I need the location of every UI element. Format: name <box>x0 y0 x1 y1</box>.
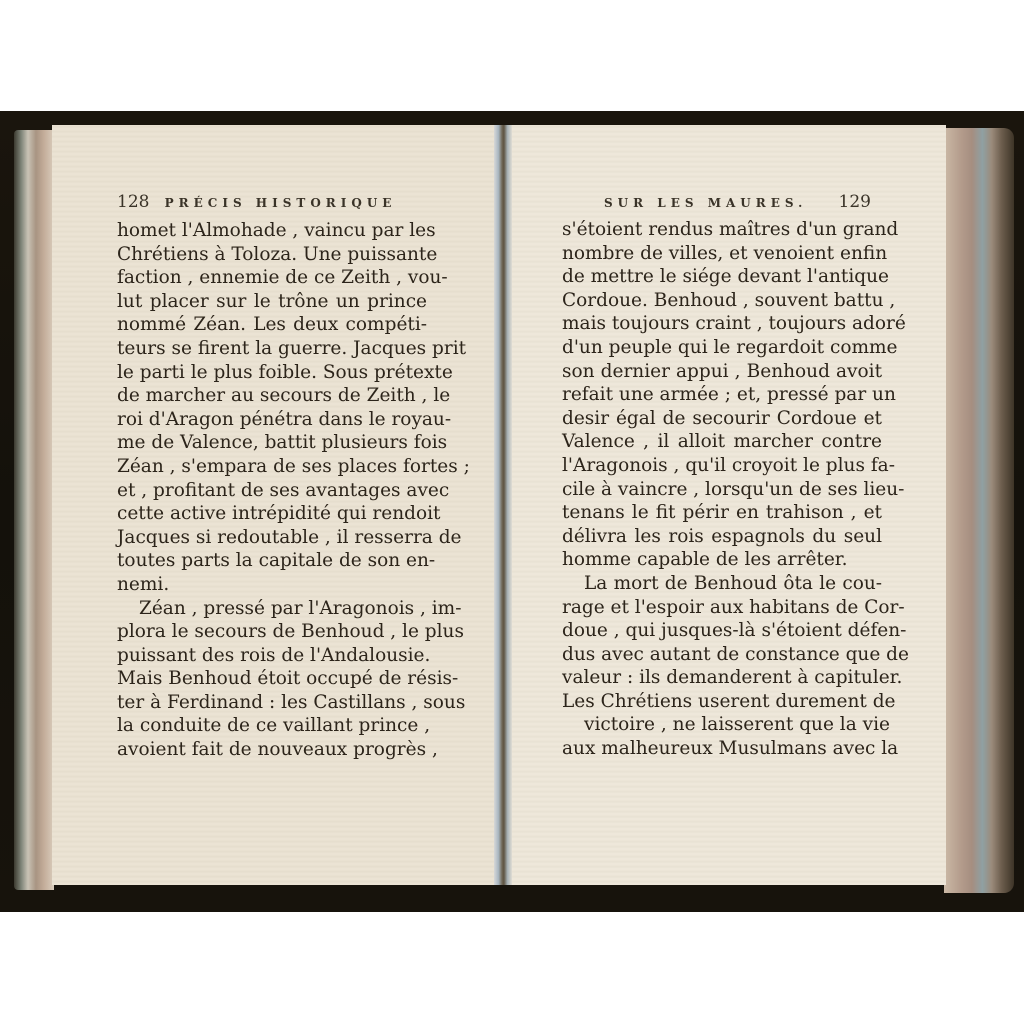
text-line: Mais Benhoud étoit occupé de résis- <box>117 667 427 691</box>
text-line: faction , ennemie de ce Zeith , vou- <box>117 266 427 290</box>
text-line: ter à Ferdinand : les Castillans , sous <box>117 691 427 715</box>
left-page-text: homet l'Almohade , vaincu par les Chréti… <box>117 219 427 762</box>
text-line: Les Chrétiens userent durement de <box>562 690 882 714</box>
text-line: Jacques si redoutable , il resserra de <box>117 526 427 550</box>
left-page-edges <box>14 130 54 890</box>
text-line: toutes parts la capitale de son en- <box>117 549 427 573</box>
text-line: puissant des rois de l'Andalousie. <box>117 644 427 668</box>
text-line: nemi. <box>117 573 427 597</box>
text-line: d'un peuple qui le regardoit comme <box>562 336 882 360</box>
text-line: la conduite de ce vaillant prince , <box>117 714 427 738</box>
text-line: le parti le plus foible. Sous prétexte <box>117 361 427 385</box>
text-line: Chrétiens à Toloza. Une puissante <box>117 243 427 267</box>
text-line: Zéan , pressé par l'Aragonois , im- <box>117 597 427 621</box>
text-line: desir égal de secourir Cordoue et <box>562 407 882 431</box>
text-line: s'étoient rendus maîtres d'un grand <box>562 218 882 242</box>
text-line: mais toujours craint , toujours adoré <box>562 312 882 336</box>
page-number-left: 128 <box>117 192 149 212</box>
text-line: Cordoue. Benhoud , souvent battu , <box>562 289 882 313</box>
text-line: son dernier appui , Benhoud avoit <box>562 360 882 384</box>
left-running-title: PRÉCIS HISTORIQUE <box>165 196 397 210</box>
text-line: valeur : ils demanderent à capituler. <box>562 666 882 690</box>
book-gutter <box>494 125 512 885</box>
text-line: délivra les rois espagnols du seul <box>562 525 882 549</box>
text-line: aux malheureux Musulmans avec la <box>562 737 882 761</box>
text-line: nombre de villes, et venoient enfin <box>562 242 882 266</box>
text-line: de mettre le siége devant l'antique <box>562 265 882 289</box>
text-line: homme capable de les arrêter. <box>562 548 882 572</box>
text-line: teurs se firent la guerre. Jacques prit <box>117 337 427 361</box>
text-line: l'Aragonois , qu'il croyoit le plus fa- <box>562 454 882 478</box>
text-line: lut placer sur le trône un prince <box>117 290 427 314</box>
text-line: de marcher au secours de Zeith , le <box>117 384 427 408</box>
text-line: roi d'Aragon pénétra dans le royau- <box>117 408 427 432</box>
right-page-edges <box>944 128 1014 893</box>
text-line: tenans le fit périr en trahison , et <box>562 501 882 525</box>
right-running-title: SUR LES MAURES. <box>604 196 807 210</box>
text-line: plora le secours de Benhoud , le plus <box>117 620 427 644</box>
text-line: me de Valence, battit plusieurs fois <box>117 431 427 455</box>
text-line: et , profitant de ses avantages avec <box>117 479 427 503</box>
page-number-right: 129 <box>839 192 871 212</box>
text-line: Valence , il alloit marcher contre <box>562 430 882 454</box>
right-page-text: s'étoient rendus maîtres d'un grand nomb… <box>562 218 882 761</box>
text-line: homet l'Almohade , vaincu par les <box>117 219 427 243</box>
text-line: Zéan , s'empara de ses places fortes ; <box>117 455 427 479</box>
text-line: avoient fait de nouveaux progrès , <box>117 738 427 762</box>
text-line: nommé Zéan. Les deux compéti- <box>117 313 427 337</box>
text-line: victoire , ne laisserent que la vie <box>562 713 882 737</box>
text-line: refait une armée ; et, pressé par un <box>562 383 882 407</box>
text-line: rage et l'espoir aux habitans de Cor- <box>562 596 882 620</box>
text-line: doue , qui jusques-là s'étoient défen- <box>562 619 882 643</box>
right-running-head: SUR LES MAURES. 129 <box>604 192 871 212</box>
text-line: dus avec autant de constance que de <box>562 643 882 667</box>
text-line: cette active intrépidité qui rendoit <box>117 502 427 526</box>
text-line: cile à vaincre , lorsqu'un de ses lieu- <box>562 478 882 502</box>
text-line: La mort de Benhoud ôta le cou- <box>562 572 882 596</box>
left-running-head: 128 PRÉCIS HISTORIQUE <box>117 192 396 212</box>
